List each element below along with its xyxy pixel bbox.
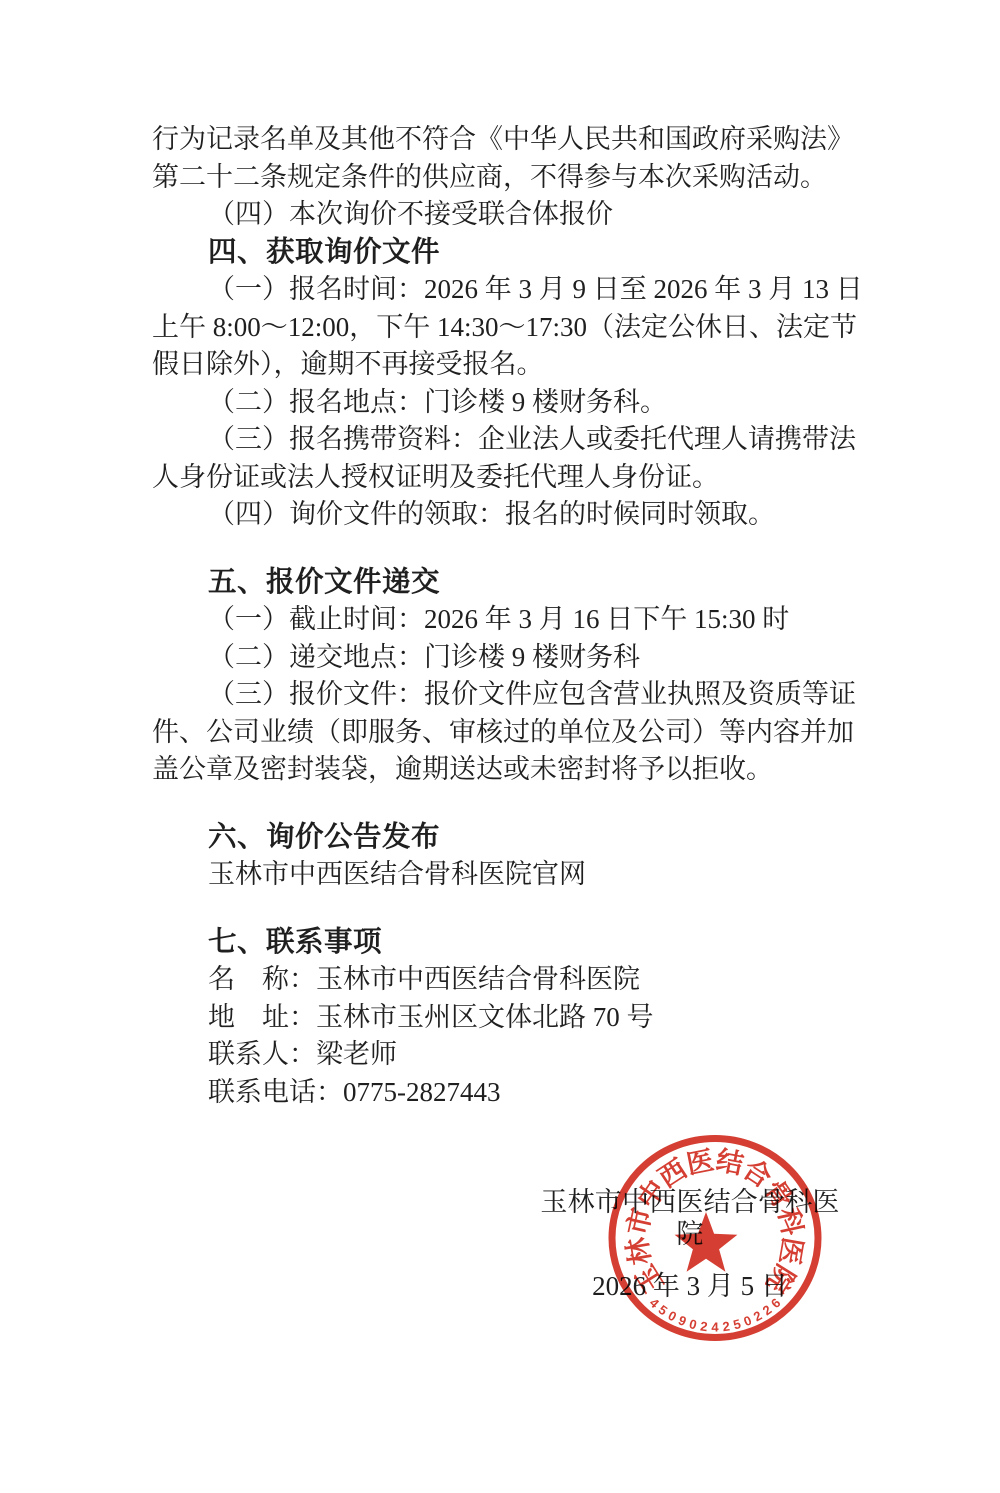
section-heading: 五、报价文件递交 [152, 564, 860, 602]
text-line: （一）报名时间：2026 年 3 月 9 日至 2026 年 3 月 13 日 [152, 271, 860, 309]
text-line: 第二十二条规定条件的供应商，不得参与本次采购活动。 [152, 159, 860, 197]
text-line: （一）截止时间：2026 年 3 月 16 日下午 15:30 时 [152, 601, 860, 639]
star-icon [675, 1212, 738, 1272]
text-line: 盖公章及密封装袋，逾期送达或未密封将予以拒收。 [152, 751, 860, 789]
stamp-serial-digit: 2 [699, 1318, 708, 1334]
document-page: 行为记录名单及其他不符合《中华人民共和国政府采购法》第二十二条规定条件的供应商，… [0, 0, 1000, 1493]
stamp-serial-digit: 2 [722, 1318, 731, 1334]
text-line: （二）报名地点：门诊楼 9 楼财务科。 [152, 384, 860, 422]
section-heading: 六、询价公告发布 [152, 819, 860, 857]
document-text: 行为记录名单及其他不符合《中华人民共和国政府采购法》第二十二条规定条件的供应商，… [152, 121, 860, 1111]
section-heading: 七、联系事项 [152, 924, 860, 962]
text-line: （三）报名携带资料：企业法人或委托代理人请携带法 [152, 421, 860, 459]
official-seal-stamp: 玉林市中西医结合骨科医院 4509024250226 [604, 1130, 826, 1346]
stamp-serial-digit: 5 [732, 1316, 743, 1332]
stamp-arc-text: 玉林市中西医结合骨科医院 [622, 1145, 808, 1298]
stamp-arc-char: 科 [773, 1205, 808, 1238]
stamp-serial-digit: 0 [688, 1316, 699, 1332]
text-line: （四）本次询价不接受联合体报价 [152, 196, 860, 234]
text-line: 件、公司业绩（即服务、审核过的单位及公司）等内容并加 [152, 714, 860, 752]
text-line: 联系人：梁老师 [152, 1036, 860, 1074]
text-line: 玉林市中西医结合骨科医院官网 [152, 856, 860, 894]
text-line: 联系电话：0775-2827443 [152, 1074, 860, 1112]
stamp-arc-char: 医 [684, 1145, 716, 1180]
text-line: 上午 8:00～12:00，下午 14:30～17:30（法定公休日、法定节 [152, 309, 860, 347]
text-line: （四）询价文件的领取：报名的时候同时领取。 [152, 496, 860, 534]
stamp-arc-char: 林 [622, 1234, 656, 1267]
stamp-serial-digit: 4 [711, 1320, 719, 1335]
text-line: （二）递交地点：门诊楼 9 楼财务科 [152, 639, 860, 677]
section-heading: 四、获取询价文件 [152, 234, 860, 272]
stamp-serial-digit: 9 [676, 1313, 688, 1330]
text-line: 名 称：玉林市中西医结合骨科医院 [152, 961, 860, 999]
text-line: 行为记录名单及其他不符合《中华人民共和国政府采购法》 [152, 121, 860, 159]
text-line: 地 址：玉林市玉州区文体北路 70 号 [152, 999, 860, 1037]
text-line: 假日除外），逾期不再接受报名。 [152, 346, 860, 384]
text-line: 人身份证或法人授权证明及委托代理人身份证。 [152, 459, 860, 497]
text-line: （三）报价文件：报价文件应包含营业执照及资质等证 [152, 676, 860, 714]
